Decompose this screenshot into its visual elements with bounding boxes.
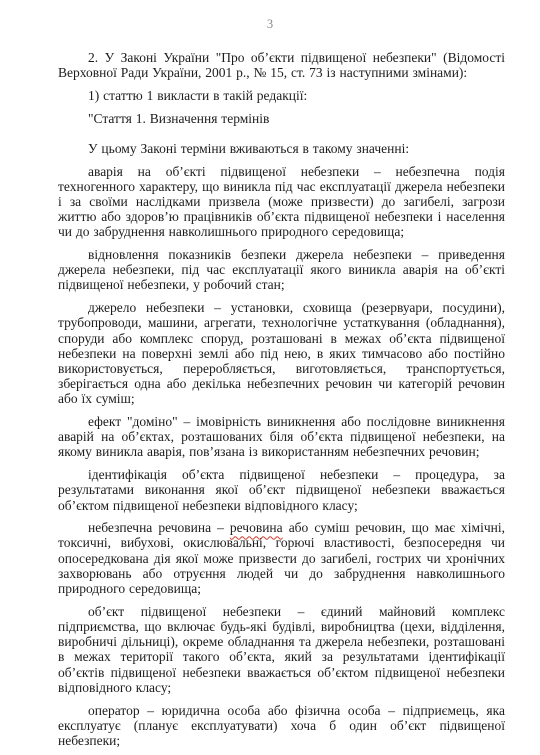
paragraph-definition-safety-restoration[interactable]: відновлення показників безпеки джерела н… bbox=[58, 247, 505, 293]
paragraph-definition-hazard-source[interactable]: джерело небезпеки – установки, сховища (… bbox=[58, 300, 505, 406]
paragraph-definition-operator[interactable]: оператор – юридична особа або фізична ос… bbox=[58, 703, 505, 749]
document-body: 2. У Законі України "Про об’єкти підвище… bbox=[0, 50, 540, 748]
page-number: 3 bbox=[267, 17, 273, 31]
paragraph-terms-intro[interactable]: У цьому Законі терміни вживаються в тако… bbox=[58, 141, 505, 156]
paragraph-definition-identification[interactable]: ідентифікація об’єкта підвищеної небезпе… bbox=[58, 467, 505, 513]
misspelled-word[interactable]: речовина bbox=[230, 520, 283, 535]
paragraph-definition-domino-effect[interactable]: ефект "доміно" – імовірність виникнення … bbox=[58, 414, 505, 460]
page-header: 3 bbox=[0, 0, 540, 33]
definition-text-before: небезпечна речовина – bbox=[88, 520, 230, 535]
paragraph-definition-hazardous-substance[interactable]: небезпечна речовина – речовина або суміш… bbox=[58, 520, 505, 596]
paragraph-item-1[interactable]: 1) статтю 1 викласти в такій редакції: bbox=[58, 88, 505, 103]
paragraph-definition-high-hazard-object[interactable]: об’єкт підвищеної небезпеки – єдиний май… bbox=[58, 604, 505, 695]
paragraph-article-1-heading[interactable]: "Стаття 1. Визначення термінів bbox=[58, 111, 505, 126]
paragraph-amendment-intro[interactable]: 2. У Законі України "Про об’єкти підвище… bbox=[58, 50, 505, 80]
document-page[interactable]: 3 2. У Законі України "Про об’єкти підви… bbox=[0, 0, 540, 755]
paragraph-definition-accident[interactable]: аварія на об’єкті підвищеної небезпеки –… bbox=[58, 164, 505, 240]
